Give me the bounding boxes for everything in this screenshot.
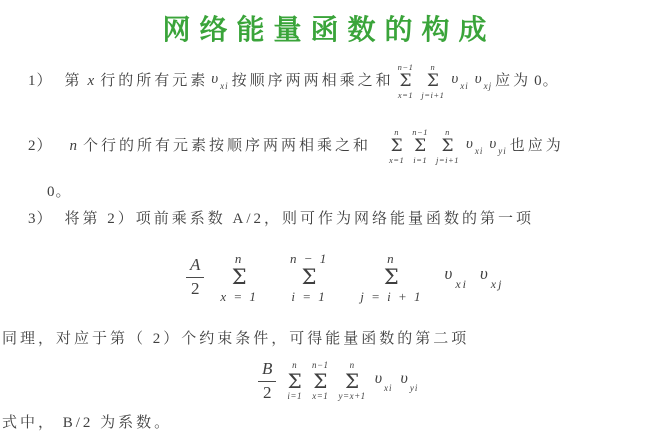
sigma-symbol: Σ	[313, 370, 327, 392]
paragraph-1: 1） 第 x 行的所有元素 υxi 按顺序两两相乘之和 n−1 Σ x=1 n …	[28, 63, 562, 99]
paragraph-4: 同理，对应于第（ 2）个约束条件，可得能量函数的第二项	[2, 330, 469, 348]
summation: n−1 Σ x=1	[398, 63, 414, 99]
paragraph-5-text: 式中， B/2 为系数。	[2, 414, 172, 432]
summation: n Σ i=1	[287, 361, 302, 401]
sigma-symbol: Σ	[399, 72, 411, 91]
summation: n Σ j = i + 1	[360, 252, 422, 303]
fraction-A-over-2: A 2	[186, 256, 204, 298]
sigma-symbol: Σ	[414, 137, 426, 156]
summation: n Σ j=i+1	[421, 63, 444, 99]
fraction-B-over-2: B 2	[258, 360, 276, 402]
upsilon-xi: υxi	[466, 135, 483, 157]
variable-n: n	[70, 137, 79, 155]
energy-formula-term-1: A 2 n Σ x = 1 n − 1 Σ i = 1 n Σ j = i + …	[186, 252, 509, 303]
paragraph-1-text: 0。	[534, 72, 559, 90]
list-number-2: 2）	[28, 137, 53, 155]
upsilon-yi: υyi	[489, 135, 506, 157]
upsilon-yi: υyi	[401, 370, 419, 393]
upsilon-xi: υxi	[451, 70, 468, 92]
sigma-symbol: Σ	[384, 265, 399, 290]
upsilon-xj: υxj	[480, 264, 503, 292]
upsilon-xi: υxi	[445, 264, 468, 292]
paragraph-1-text: 第	[65, 72, 83, 90]
sigma-symbol: Σ	[391, 137, 403, 156]
summation: n Σ y=x+1	[339, 361, 366, 401]
paragraph-3-text: 将第 2）项前乘系数 A/2，则可作为网络能量函数的第一项	[65, 210, 535, 228]
upsilon-xi: υxi	[211, 70, 228, 92]
summation: n−1 Σ i=1	[412, 128, 428, 164]
sigma-symbol: Σ	[232, 265, 247, 290]
sigma-symbol: Σ	[302, 265, 317, 290]
paragraph-5: 式中， B/2 为系数。	[2, 414, 172, 432]
sigma-symbol: Σ	[288, 370, 302, 392]
document-page: 网络能量函数的构成 1） 第 x 行的所有元素 υxi 按顺序两两相乘之和 n−…	[0, 0, 658, 444]
sigma-symbol: Σ	[427, 72, 439, 91]
paragraph-3: 3） 将第 2）项前乘系数 A/2，则可作为网络能量函数的第一项	[28, 210, 534, 228]
variable-x: x	[88, 72, 96, 90]
paragraph-2-text: 也应为	[510, 137, 564, 155]
summation: n Σ x = 1	[220, 252, 258, 303]
paragraph-2-text: 个行的所有元素按顺序两两相乘之和	[83, 137, 371, 155]
paragraph-4-text: 同理，对应于第（ 2）个约束条件，可得能量函数的第二项	[2, 330, 469, 348]
paragraph-2: 2） n 个行的所有元素按顺序两两相乘之和 n Σ x=1 n−1 Σ i=1 …	[28, 128, 564, 164]
list-number-3: 3）	[28, 210, 53, 228]
paragraph-2-continuation: 0。	[44, 183, 75, 201]
upsilon-xi: υxi	[375, 370, 393, 393]
sigma-symbol: Σ	[345, 370, 359, 392]
paragraph-1-text: 行的所有元素	[100, 72, 208, 90]
summation: n Σ j=i+1	[436, 128, 459, 164]
summation: n − 1 Σ i = 1	[290, 252, 328, 303]
summation: n Σ x=1	[389, 128, 404, 164]
page-title: 网络能量函数的构成	[0, 8, 658, 48]
summation: n−1 Σ x=1	[312, 361, 329, 401]
list-number-1: 1）	[28, 72, 53, 90]
upsilon-xj: υxj	[475, 70, 492, 92]
energy-formula-term-2: B 2 n Σ i=1 n−1 Σ x=1 n Σ y=x+1 υxi υyi	[258, 360, 422, 402]
paragraph-1-text: 按顺序两两相乘之和	[232, 72, 394, 90]
sigma-symbol: Σ	[442, 137, 454, 156]
paragraph-2-text: 0。	[47, 183, 72, 201]
paragraph-1-text: 应为	[495, 72, 531, 90]
